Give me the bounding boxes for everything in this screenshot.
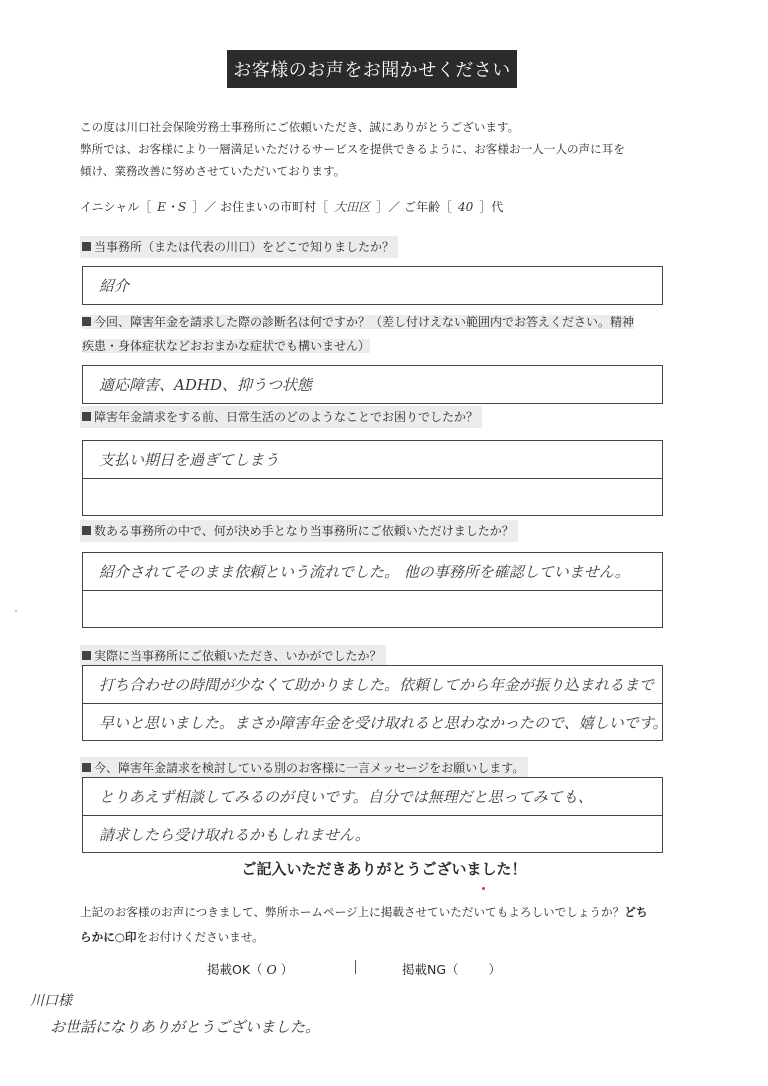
answer-3-row-1[interactable]: 支払い期日を過ぎてしまう xyxy=(83,441,662,478)
publish-ok-option[interactable]: 掲載OK（ O ） xyxy=(207,960,293,978)
question-4-label: 数ある事務所の中で、何が決め手となり当事務所にご依頼いただけましたか？ xyxy=(80,520,518,542)
square-bullet-icon xyxy=(82,651,91,660)
answer-4-row-1[interactable]: 紹介されてそのまま依頼という流れでした。 他の事務所を確認していません。 xyxy=(83,553,662,590)
city-close: ］／ xyxy=(376,200,400,214)
profile-line: イニシャル［E・S］／ お住まいの市町村［大田区］／ ご年齢［40］代 xyxy=(80,198,503,215)
answer-5-row-2[interactable]: 早いと思いました。まさか障害年金を受け取れると思わなかったので、嬉しいです。 xyxy=(83,703,662,740)
publish-ok-mark[interactable]: O xyxy=(267,962,277,977)
initial-close: ］／ xyxy=(192,200,216,214)
answer-4-row-2[interactable] xyxy=(83,590,662,627)
answer-box-5[interactable]: 打ち合わせの時間が少なくて助かりました。依頼してから年金が振り込まれるまで 早い… xyxy=(82,665,663,741)
ink-speck xyxy=(482,887,485,890)
city-label: お住まいの市町村［ xyxy=(220,200,328,214)
answer-6-row-1[interactable]: とりあえず相談してみるのが良いです。自分では無理だと思ってみても、 xyxy=(83,778,662,815)
handwritten-addressee: 川口様 xyxy=(30,990,72,1010)
age-label: ご年齢［ xyxy=(404,200,452,214)
answer-box-6[interactable]: とりあえず相談してみるのが良いです。自分では無理だと思ってみても、 請求したら受… xyxy=(82,777,663,853)
square-bullet-icon xyxy=(82,317,91,326)
square-bullet-icon xyxy=(82,412,91,421)
intro-line-1: この度は川口社会保険労務士事務所にご依頼いただき、誠にありがとうございます。 xyxy=(80,116,680,138)
question-5-label: 実際に当事務所にご依頼いただき、いかがでしたか？ xyxy=(80,645,386,667)
square-bullet-icon xyxy=(82,242,91,251)
answer-box-3[interactable]: 支払い期日を過ぎてしまう xyxy=(82,440,663,516)
intro-line-2: 弊所では、お客様により一層満足いただけるサービスを提供できるように、お客様お一人… xyxy=(80,138,680,160)
publish-ng-option[interactable]: 掲載NG（ ） xyxy=(402,960,501,978)
age-field[interactable]: 40 xyxy=(452,200,479,214)
answer-3-row-2[interactable] xyxy=(83,478,662,515)
question-2-label: 今回、障害年金を請求した際の診断名は何ですか？（差し付けえない範囲内でお答えくだ… xyxy=(80,308,676,360)
handwritten-message: お世話になりありがとうございました。 xyxy=(50,1016,320,1037)
answer-box-1[interactable]: 紹介 xyxy=(82,266,663,305)
square-bullet-icon xyxy=(82,763,91,772)
answer-box-2[interactable]: 適応障害、ADHD、抑うつ状態 xyxy=(82,365,663,404)
answer-5-row-1[interactable]: 打ち合わせの時間が少なくて助かりました。依頼してから年金が振り込まれるまで xyxy=(83,666,662,703)
age-close: ］代 xyxy=(479,200,503,214)
form-title: お客様のお声をお聞かせください xyxy=(227,50,517,88)
publication-consent-text: 上記のお客様のお声につきまして、弊所ホームページ上に掲載させていただいてもよろし… xyxy=(80,900,680,950)
answer-box-4[interactable]: 紹介されてそのまま依頼という流れでした。 他の事務所を確認していません。 xyxy=(82,552,663,628)
intro-line-3: 傾け、業務改善に努めさせていただいております。 xyxy=(80,160,680,182)
answer-2-row-1[interactable]: 適応障害、ADHD、抑うつ状態 xyxy=(83,366,662,403)
square-bullet-icon xyxy=(82,526,91,535)
option-divider xyxy=(355,960,356,974)
thanks-message: ご記入いただきありがとうございました！ xyxy=(0,858,768,879)
initial-label: イニシャル［ xyxy=(80,200,151,214)
scan-speck xyxy=(15,610,17,612)
initial-field[interactable]: E・S xyxy=(151,200,192,214)
intro-text: この度は川口社会保険労務士事務所にご依頼いただき、誠にありがとうございます。 弊… xyxy=(80,116,680,182)
question-1-label: 当事務所（または代表の川口）をどこで知りましたか？ xyxy=(80,236,398,258)
answer-1-row-1[interactable]: 紹介 xyxy=(83,267,662,304)
city-field[interactable]: 大田区 xyxy=(328,200,376,214)
answer-6-row-2[interactable]: 請求したら受け取れるかもしれません。 xyxy=(83,815,662,852)
question-6-label: 今、障害年金請求を検討している別のお客様に一言メッセージをお願いします。 xyxy=(80,757,528,779)
question-3-label: 障害年金請求をする前、日常生活のどのようなことでお困りでしたか？ xyxy=(80,406,482,428)
